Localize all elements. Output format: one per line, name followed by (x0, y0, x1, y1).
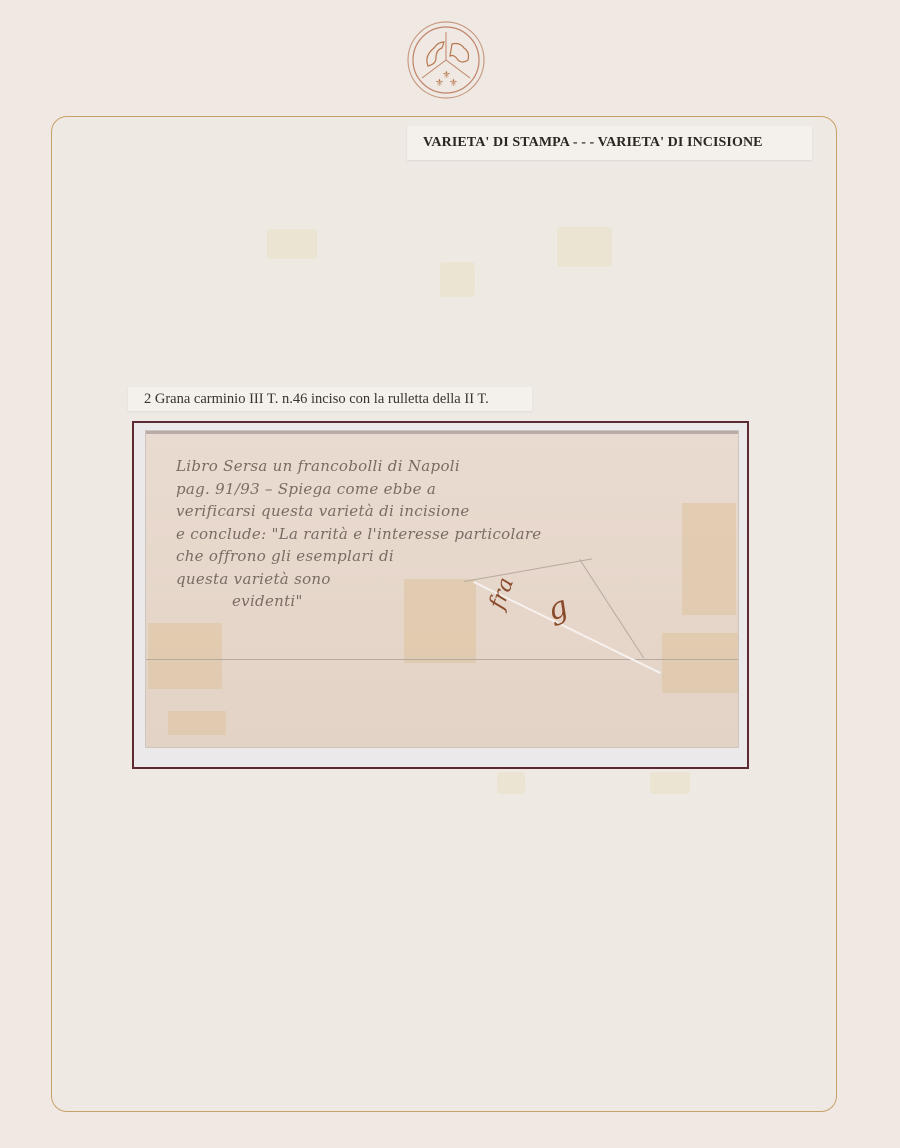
hinge-tape (168, 711, 226, 735)
postal-cover-back: Libro Sersa un francobolli di Napoli pag… (146, 431, 738, 747)
section-title: VARIETA' DI STAMPA - - - VARIETA' DI INC… (423, 135, 763, 151)
ghost-hinge-mark (497, 772, 525, 794)
cover-mount: Libro Sersa un francobolli di Napoli pag… (132, 421, 749, 769)
ghost-hinge-mark (267, 229, 317, 259)
item-caption: 2 Grana carminio III T. n.46 inciso con … (144, 391, 489, 408)
section-title-label: VARIETA' DI STAMPA - - - VARIETA' DI INC… (407, 126, 812, 160)
fold-line (146, 659, 738, 660)
hinge-tape (662, 633, 738, 693)
ghost-hinge-mark (650, 772, 690, 794)
hinge-tape (682, 503, 736, 615)
cover-edge (146, 431, 738, 434)
ghost-hinge-mark (440, 262, 475, 297)
item-caption-label: 2 Grana carminio III T. n.46 inciso con … (128, 387, 532, 411)
hinge-tape (148, 623, 222, 689)
coat-of-arms-icon: ⚜ ⚜ ⚜ (406, 20, 486, 100)
svg-text:⚜: ⚜ (449, 78, 458, 89)
ghost-hinge-mark (557, 227, 612, 267)
handwritten-note: Libro Sersa un francobolli di Napoli pag… (176, 455, 656, 613)
